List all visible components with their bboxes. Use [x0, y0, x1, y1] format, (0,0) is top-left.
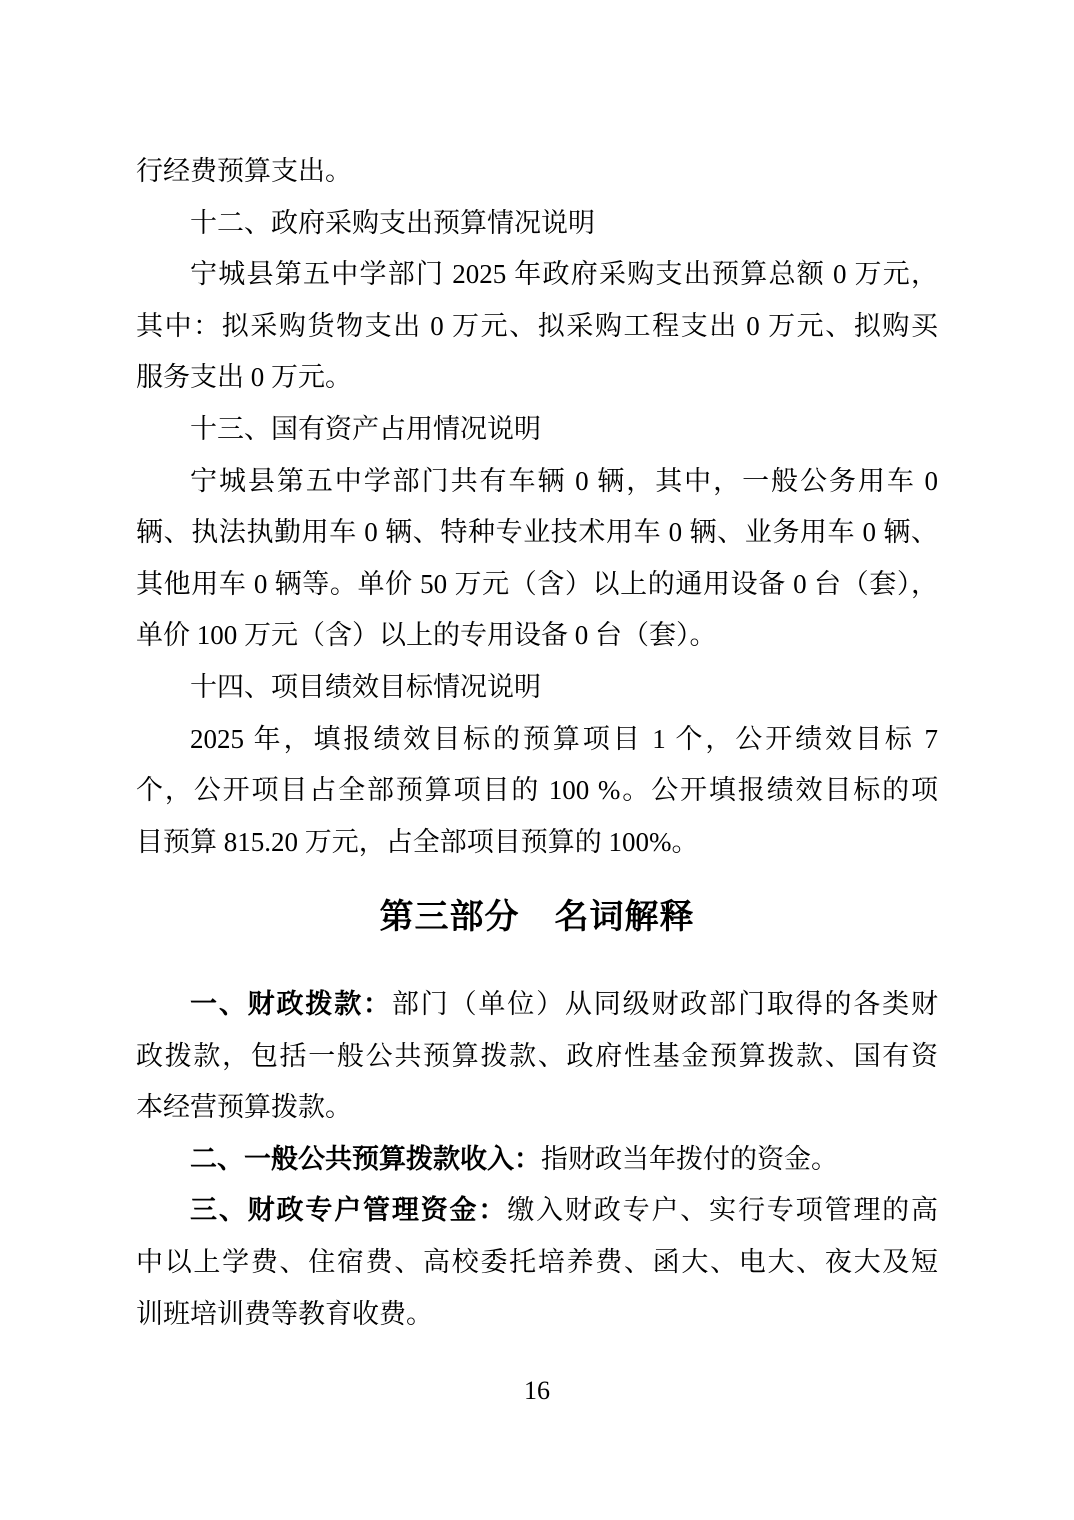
text-segment: 中以上学费、住宿费、高校委托培养费、函大、电大、夜大及短 — [136, 1247, 938, 1277]
text-segment: 政拨款，包括一般公共预算拨款、政府性基金预算拨款、国有资 — [136, 1041, 938, 1071]
text-line: 十二、政府采购支出预算情况说明 — [136, 198, 938, 250]
text-line: 辆、执法执勤用车 0 辆、特种专业技术用车 0 辆、业务用车 0 辆、 — [136, 507, 938, 559]
text-segment: 宁城县第五中学部门 2025 年政府采购支出预算总额 0 万元， — [190, 259, 938, 289]
text-line: 一、财政拨款：部门（单位）从同级财政部门取得的各类财 — [136, 979, 938, 1031]
text-segment: 2025 年，填报绩效目标的预算项目 1 个，公开绩效目标 7 — [190, 724, 938, 754]
text-line: 本经营预算拨款。 — [136, 1082, 938, 1134]
text-segment: 个，公开项目占全部预算项目的 100 %。公开填报绩效目标的项 — [136, 775, 938, 805]
body-text-block-glossary: 一、财政拨款：部门（单位）从同级财政部门取得的各类财政拨款，包括一般公共预算拨款… — [136, 979, 938, 1340]
text-line: 宁城县第五中学部门共有车辆 0 辆，其中，一般公务用车 0 — [136, 456, 938, 508]
text-segment: 单价 100 万元（含）以上的专用设备 0 台（套）。 — [136, 620, 717, 650]
text-line: 其中：拟采购货物支出 0 万元、拟采购工程支出 0 万元、拟购买 — [136, 301, 938, 353]
text-line: 中以上学费、住宿费、高校委托培养费、函大、电大、夜大及短 — [136, 1237, 938, 1289]
text-line: 行经费预算支出。 — [136, 146, 938, 198]
text-segment: 十二、政府采购支出预算情况说明 — [190, 208, 595, 238]
text-segment: 缴入财政专户、实行专项管理的高 — [507, 1195, 938, 1225]
text-segment: 指财政当年拨付的资金。 — [541, 1144, 838, 1174]
text-segment: 辆、执法执勤用车 0 辆、特种专业技术用车 0 辆、业务用车 0 辆、 — [136, 517, 938, 547]
page-number: 16 — [0, 1376, 1074, 1406]
term-label: 三、财政专户管理资金： — [190, 1195, 507, 1225]
text-segment: 本经营预算拨款。 — [136, 1092, 352, 1122]
section-heading: 第三部分 名词解释 — [136, 896, 938, 940]
text-segment: 训班培训费等教育收费。 — [136, 1299, 433, 1329]
text-segment: 宁城县第五中学部门共有车辆 0 辆，其中，一般公务用车 0 — [190, 466, 938, 496]
term-label: 一、财政拨款： — [190, 989, 392, 1019]
text-line: 服务支出 0 万元。 — [136, 352, 938, 404]
text-line: 二、一般公共预算拨款收入：指财政当年拨付的资金。 — [136, 1134, 938, 1186]
text-line: 十四、项目绩效目标情况说明 — [136, 662, 938, 714]
text-line: 单价 100 万元（含）以上的专用设备 0 台（套）。 — [136, 610, 938, 662]
text-segment: 其他用车 0 辆等。单价 50 万元（含）以上的通用设备 0 台（套）， — [136, 569, 938, 599]
text-line: 宁城县第五中学部门 2025 年政府采购支出预算总额 0 万元， — [136, 249, 938, 301]
text-segment: 部门（单位）从同级财政部门取得的各类财 — [392, 989, 938, 1019]
text-segment: 其中：拟采购货物支出 0 万元、拟采购工程支出 0 万元、拟购买 — [136, 311, 938, 341]
text-line: 2025 年，填报绩效目标的预算项目 1 个，公开绩效目标 7 — [136, 714, 938, 766]
text-line: 目预算 815.20 万元，占全部项目预算的 100%。 — [136, 817, 938, 869]
term-label: 二、一般公共预算拨款收入： — [190, 1144, 541, 1174]
text-line: 其他用车 0 辆等。单价 50 万元（含）以上的通用设备 0 台（套）， — [136, 559, 938, 611]
text-segment: 目预算 815.20 万元，占全部项目预算的 100%。 — [136, 827, 699, 857]
document-page: 行经费预算支出。十二、政府采购支出预算情况说明宁城县第五中学部门 2025 年政… — [0, 0, 1074, 1520]
text-line: 政拨款，包括一般公共预算拨款、政府性基金预算拨款、国有资 — [136, 1031, 938, 1083]
text-line: 个，公开项目占全部预算项目的 100 %。公开填报绩效目标的项 — [136, 765, 938, 817]
text-line: 十三、国有资产占用情况说明 — [136, 404, 938, 456]
text-segment: 行经费预算支出。 — [136, 156, 352, 186]
body-text-block-upper: 行经费预算支出。十二、政府采购支出预算情况说明宁城县第五中学部门 2025 年政… — [136, 146, 938, 868]
text-line: 三、财政专户管理资金：缴入财政专户、实行专项管理的高 — [136, 1185, 938, 1237]
text-segment: 十四、项目绩效目标情况说明 — [190, 672, 541, 702]
text-line: 训班培训费等教育收费。 — [136, 1289, 938, 1341]
text-segment: 十三、国有资产占用情况说明 — [190, 414, 541, 444]
text-segment: 服务支出 0 万元。 — [136, 362, 352, 392]
